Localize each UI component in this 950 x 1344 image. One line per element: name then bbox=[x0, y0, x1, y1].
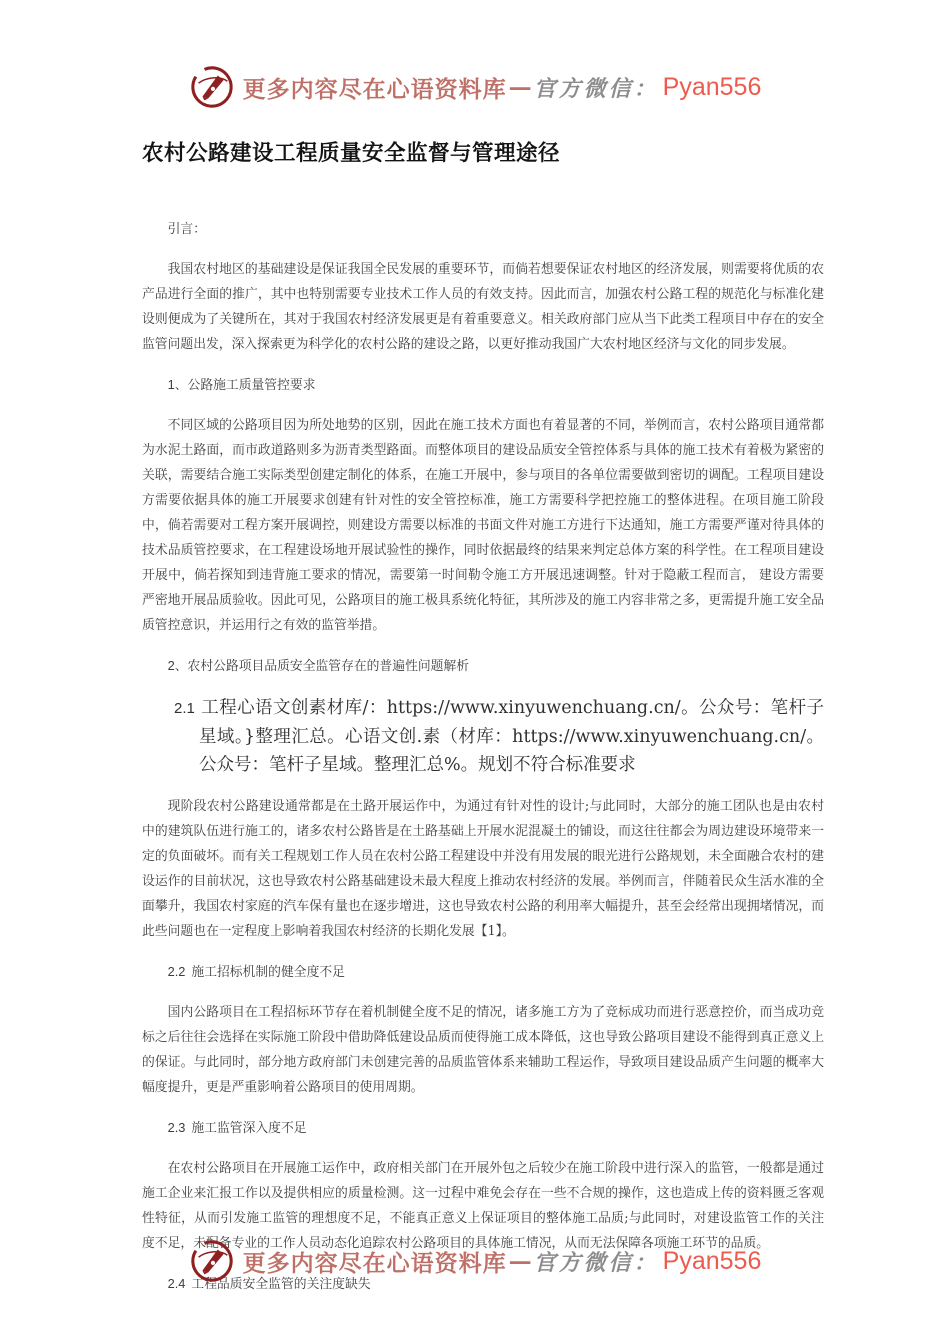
section-number: 1、 bbox=[168, 377, 188, 392]
paragraph-section-1: 不同区域的公路项目因为所处地势的区别，因此在施工技术方面也有着显著的不同，举例而… bbox=[142, 413, 824, 638]
banner-divider: — bbox=[509, 74, 532, 101]
section-heading-2: 2、农村公路项目品质安全监管存在的普遍性问题解析 bbox=[142, 653, 824, 679]
section-heading-1: 1、公路施工质量管控要求 bbox=[142, 372, 824, 398]
banner-wechat-label: 官方微信： bbox=[534, 1246, 659, 1277]
paragraph-intro: 我国农村地区的基础建设是保证我国全民发展的重要环节，而倘若想要保证农村地区的经济… bbox=[142, 257, 824, 357]
subsection-heading-2-2: 2.2施工招标机制的健全度不足 bbox=[142, 959, 824, 985]
subsection-title: 施工监管深入度不足 bbox=[191, 1121, 306, 1136]
header-banner: 更多内容尽在心语资料库 — 官方微信： Pyan556 bbox=[0, 64, 950, 110]
pen-in-circle-logo-icon bbox=[189, 1238, 235, 1284]
banner-wechat-account: Pyan556 bbox=[663, 1247, 762, 1276]
section-number: 2、 bbox=[168, 658, 188, 673]
section-title: 公路施工质量管控要求 bbox=[188, 378, 316, 393]
intro-label: 引言： bbox=[142, 217, 824, 242]
pen-in-circle-logo-icon bbox=[189, 64, 235, 110]
subsection-heading-2-1-watermark: 2.1工程心语文创素材库/：https://www.xinyuwenchuang… bbox=[142, 694, 824, 779]
footer-banner: 更多内容尽在心语资料库 — 官方微信： Pyan556 bbox=[0, 1238, 950, 1284]
subsection-number: 2.2 bbox=[168, 964, 186, 979]
subsection-heading-2-3: 2.3施工监管深入度不足 bbox=[142, 1115, 824, 1141]
banner-wechat-label: 官方微信： bbox=[534, 72, 659, 103]
subsection-text: 工程心语文创素材库/：https://www.xinyuwenchuang.cn… bbox=[199, 698, 824, 775]
paragraph-2-2: 国内公路项目在工程招标环节存在着机制健全度不足的情况，诸多施工方为了竞标成功而进… bbox=[142, 1000, 824, 1100]
banner-wechat-account: Pyan556 bbox=[663, 73, 762, 102]
paragraph-2-1: 现阶段农村公路建设通常都是在土路开展运作中，为通过有针对性的设计;与此同时，大部… bbox=[142, 794, 824, 944]
page-title: 农村公路建设工程质量安全监督与管理途径 bbox=[142, 136, 824, 167]
banner-brand-text: 更多内容尽在心语资料库 bbox=[243, 71, 507, 104]
document-content: 农村公路建设工程质量安全监督与管理途径 引言： 我国农村地区的基础建设是保证我国… bbox=[142, 136, 824, 1312]
subsection-title: 施工招标机制的健全度不足 bbox=[191, 965, 345, 980]
subsection-number: 2.1 bbox=[174, 700, 195, 717]
subsection-number: 2.3 bbox=[168, 1120, 186, 1135]
banner-brand-text: 更多内容尽在心语资料库 bbox=[243, 1245, 507, 1278]
banner-divider: — bbox=[509, 1248, 532, 1275]
section-title: 农村公路项目品质安全监管存在的普遍性问题解析 bbox=[188, 659, 470, 674]
document-page: { "banner": { "logo_icon": "pen-in-circl… bbox=[0, 0, 950, 1344]
